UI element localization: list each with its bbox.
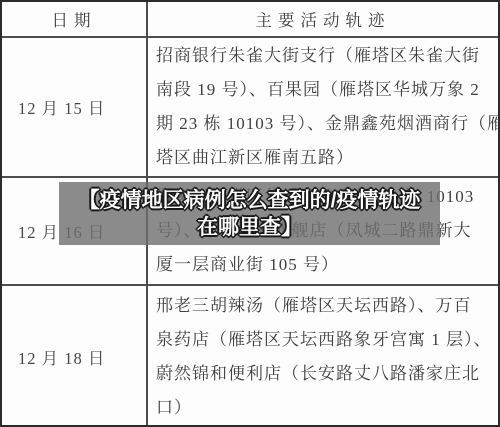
header-date-label: 日期 [52,7,97,31]
date-cell: 12 月 18 日 [2,286,148,427]
activity-line: 厦一层商业街 105 号） [156,248,494,282]
activity-cell: 招商银行朱雀大街支行（雁塔区朱雀大街 南段 19 号）、百果园（雁塔区华城万象 … [148,38,500,176]
date-label: 12 月 18 日 [18,345,146,369]
activity-line: 泉药店（雁塔区天坛西路象牙宫寓 1 层）、 [156,323,494,357]
activity-line: 招商银行朱雀大街支行（雁塔区朱雀大街 [156,39,500,73]
activity-line: 口） [156,391,494,425]
caption-title-line1: 【疫情地区病例怎么查到的/疫情轨迹 [79,187,421,214]
caption-overlay-banner: 【疫情地区病例怎么查到的/疫情轨迹 在哪里查】 [59,182,440,245]
activity-line: 邢老三胡辣汤（雁塔区天坛西路）、万百 [156,289,494,323]
date-cell: 12 月 15 日 [2,38,148,176]
header-cell-date: 日期 [2,2,148,36]
table-header-row: 日期 主要活动轨迹 [2,2,498,36]
header-activity-label: 主要活动轨迹 [256,7,391,31]
activity-line: 塔区曲江新区雁南五路） [156,141,500,175]
table-row: 12 月 18 日 邢老三胡辣汤（雁塔区天坛西路）、万百 泉药店（雁塔区天坛西路… [2,284,498,427]
date-label: 12 月 15 日 [18,95,146,119]
activity-line: 蔚然锦和便利店（长安路丈八路潘家庄北 [156,357,494,391]
activity-line: 期 23 栋 10103 号）、金鼎鑫苑烟酒商行（雁 [156,107,500,141]
trajectory-table-screenshot: 日期 主要活动轨迹 12 月 15 日 招商银行朱雀大街支行（雁塔区朱雀大街 南… [0,0,500,427]
activity-cell: 邢老三胡辣汤（雁塔区天坛西路）、万百 泉药店（雁塔区天坛西路象牙宫寓 1 层）、… [148,286,498,427]
caption-title-line2: 在哪里查】 [197,214,302,241]
header-cell-activity: 主要活动轨迹 [148,2,498,36]
activity-line: 南段 19 号）、百果园（雁塔区华城万象 2 [156,73,500,107]
table-row: 12 月 15 日 招商银行朱雀大街支行（雁塔区朱雀大街 南段 19 号）、百果… [2,36,498,176]
